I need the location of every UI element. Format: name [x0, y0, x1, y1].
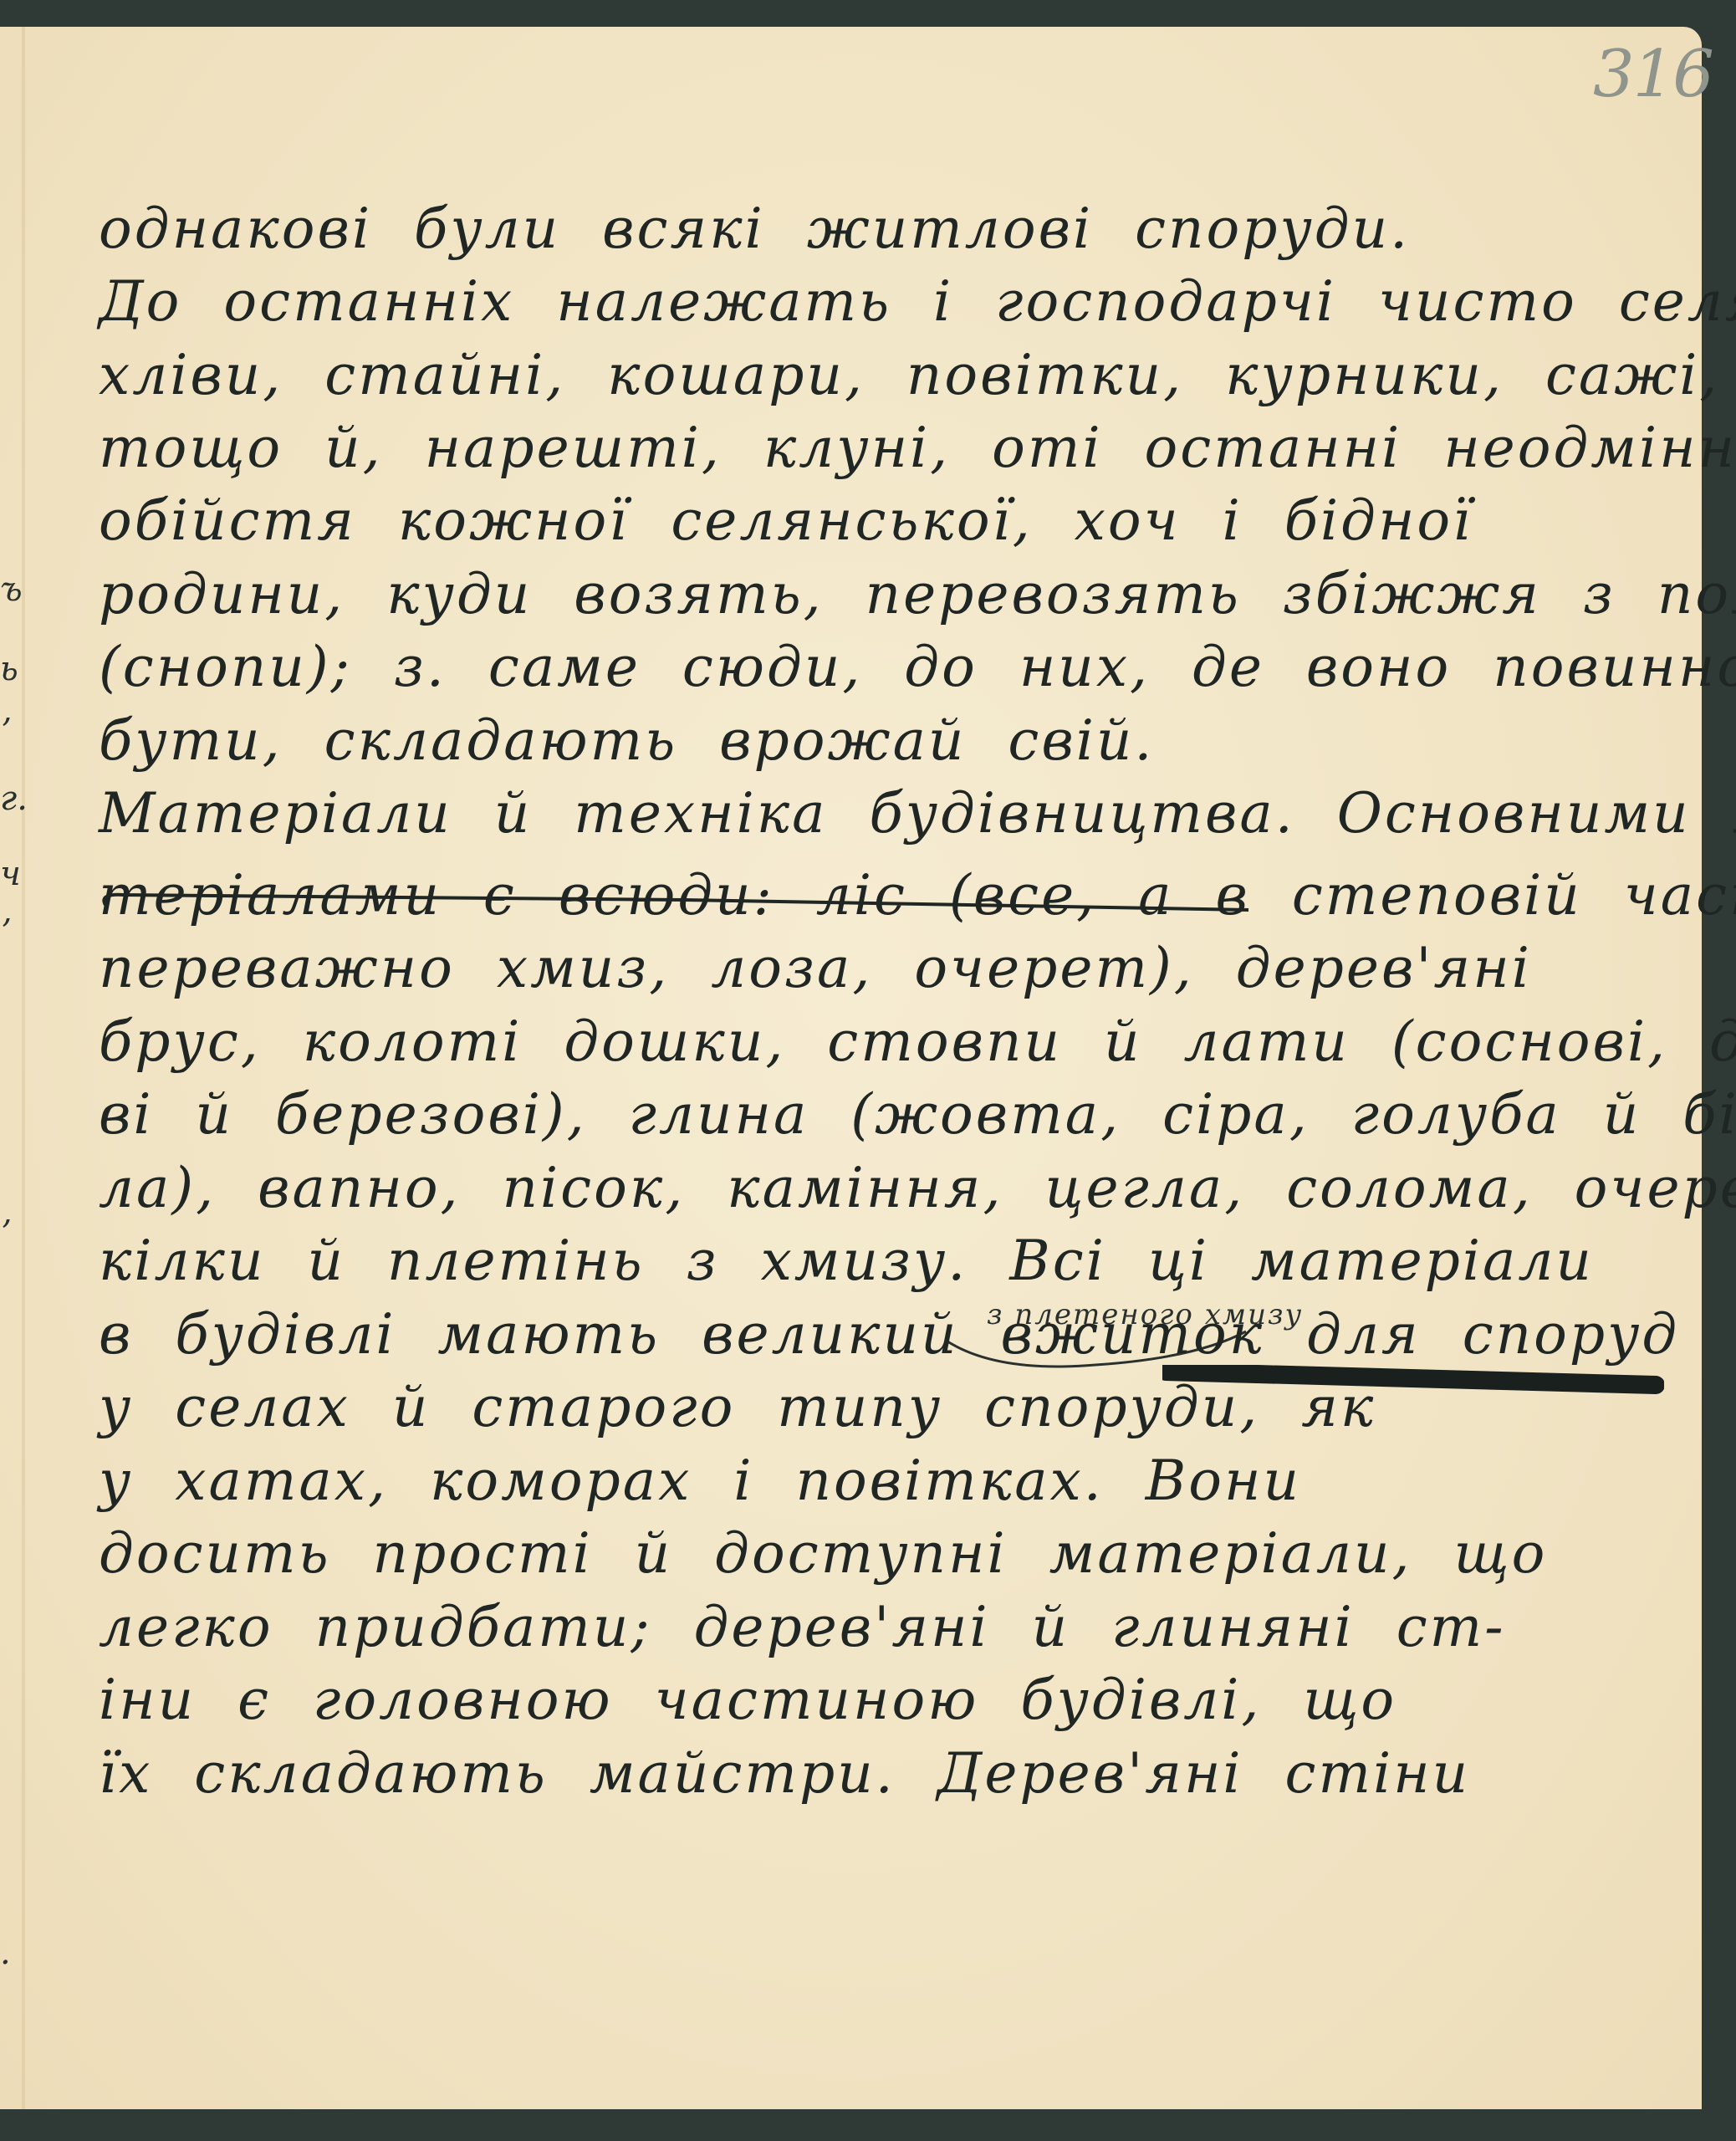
margin-bleed-mark: ʼ — [0, 1214, 11, 1253]
text-line: легко придбати; дерев'яні й глиняні ст- — [99, 1595, 1687, 1659]
manuscript-page: 316 однакові були всякі житлові споруди.… — [0, 27, 1702, 2109]
text-line: бути, складають врожай свій. — [99, 708, 1687, 773]
margin-bleed-mark: . — [0, 1934, 11, 1972]
text-line: у селах й старого типу споруди, як — [99, 1375, 1687, 1439]
text-line: тощо й, нарешті, клуні, оті останні неод… — [99, 416, 1687, 480]
margin-bleed-mark: ч — [0, 855, 21, 893]
text-line: кілки й плетінь з хмизу. Всі ці матеріал… — [99, 1229, 1687, 1293]
text-line: родини, куди возять, перевозять збіжжя з… — [99, 562, 1687, 626]
text-line: ла), вапно, пісок, каміння, цегла, солом… — [99, 1156, 1687, 1220]
text-line: ві й березові), глина (жовта, сіра, голу… — [99, 1082, 1687, 1147]
text-line: досить прості й доступні матеріали, що — [99, 1521, 1687, 1586]
text-line: іни є головною частиною будівлі, що — [99, 1668, 1687, 1732]
text-line: теріалами є всюди: ліс (все, а в степові… — [99, 863, 1687, 927]
margin-bleed-mark: г. — [0, 779, 28, 818]
text-line: Матеріали й техніка будівництва. Основни… — [99, 781, 1687, 846]
text-line: в будівлі мають великий вжиток для спору… — [99, 1302, 1687, 1367]
text-line: переважно хмиз, лоза, очерет), дерев'яні — [99, 936, 1687, 1000]
margin-bleed-mark: ʼ — [0, 713, 11, 751]
page-number: 316 — [1593, 37, 1713, 112]
text-line: брус, колоті дошки, стовпи й лати (сосно… — [99, 1009, 1687, 1074]
text-line: обійстя кожної селянської, хоч і бідної — [99, 488, 1687, 553]
text-line: однакові були всякі житлові споруди. — [99, 197, 1687, 261]
text-line: у хатах, коморах і повітках. Вони — [99, 1449, 1687, 1513]
margin-bleed-mark: ʼ — [0, 913, 11, 952]
text-line: (снопи); з. саме сюди, до них, де воно п… — [99, 635, 1687, 699]
text-line: хліви, стайні, кошари, повітки, курники,… — [99, 343, 1687, 407]
binding-fold — [22, 27, 25, 2109]
margin-bleed-mark: ь — [0, 650, 18, 688]
margin-bleed-mark: ъ — [0, 570, 23, 609]
text-line: їх складають майстри. Дерев'яні стіни — [99, 1741, 1687, 1806]
text-line: До останніх належать і господарчі чисто … — [99, 269, 1687, 334]
